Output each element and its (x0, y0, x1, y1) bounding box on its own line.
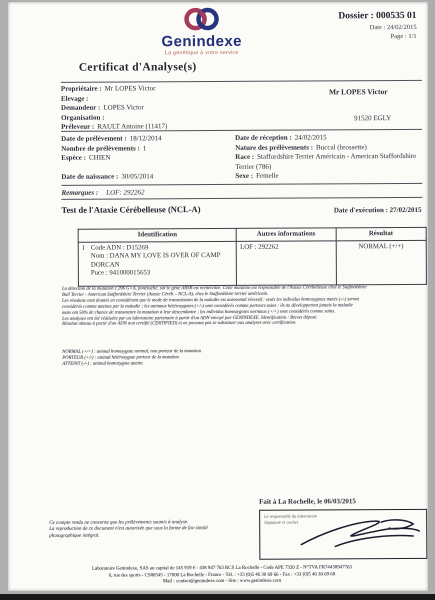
kennel-label: Elevage : (61, 94, 88, 102)
lab-footer: Laboratoire Genindexe, SAS au capital de… (34, 565, 409, 587)
header-identification: Identification (78, 228, 236, 242)
organisation-label: Organisation : (61, 113, 104, 121)
header-result: Résultat (336, 227, 427, 240)
test-name: Test de l'Ataxie Cérébelleuse (NCL-A) (62, 204, 201, 215)
requester-row: Demandeur :LOPES Victor (61, 103, 167, 113)
sex-label: Sexe : (235, 172, 253, 180)
page-number: Page : 1/1 (338, 33, 416, 40)
breed-row: Race :Staffordshire Terrier Américain - … (235, 152, 425, 172)
header-other-info: Autres informations (236, 228, 335, 242)
sampling-date-label: Date de prélèvement : (61, 134, 127, 142)
table-row: 1 Code ADN : D15269 Nom : DANA MY LOVE I… (78, 240, 426, 286)
species-value: CHIEN (89, 154, 110, 162)
remarks-value: LOF: 292262 (106, 188, 144, 196)
reception-date-label: Date de réception : (235, 134, 292, 142)
other-info-cell: LOF : 292262 (237, 241, 336, 286)
result-legend: NORMAL (+/+) : animal homozygote normal,… (62, 348, 422, 368)
genindexe-logo: Genindexe La génétique à votre service (134, 6, 268, 57)
owner-label: Propriétaire : (61, 85, 102, 93)
sample-nature-label: Nature des prélèvements : (235, 143, 313, 151)
divider (61, 183, 422, 186)
owner-value: Mr LOPES Victor (105, 84, 156, 92)
sex-value: Femelle (256, 172, 279, 180)
legend-line: ATTEINT (-/-) : animal homozygote attein… (62, 360, 422, 368)
reproduction-notice: Ce compte rendu ne concerne que les prél… (49, 520, 264, 540)
handwritten-signature (295, 512, 425, 558)
breed-value: Staffordshire Terrier Américain - Americ… (235, 152, 416, 171)
birthdate-value: 30/05/2014 (121, 172, 153, 180)
sample-right-column: Date de réception :24/02/2015 Nature des… (235, 133, 425, 182)
notice-line: photographique intégral. (49, 532, 264, 539)
sex-row: Sexe :Femelle (235, 171, 425, 182)
document-content: Genindexe La génétique à votre service D… (6, 1, 429, 592)
execution-date: Date d'exécution : 27/02/2015 (334, 206, 422, 214)
species-label: Espèce : (61, 154, 86, 162)
kennel-row: Elevage : (61, 94, 167, 104)
sample-left-column: Date de prélèvement :18/12/2014 Nombre d… (61, 134, 231, 182)
document-page: Genindexe La génétique à votre service D… (8, 2, 428, 591)
footer-line: Mail : contact@genindexe.com - Site : ww… (34, 578, 409, 587)
dossier-meta: Dossier : 000535 01 Date : 24/02/2015 Pa… (338, 11, 416, 40)
requester-label: Demandeur : (61, 104, 100, 112)
scan-edge-band (0, 594, 435, 600)
signature-box: Le responsable du laboratoireSignature e… (259, 509, 427, 560)
birthdate-label: Date de naissance : (61, 172, 118, 180)
owner-row: Propriétaire :Mr LOPES Victor (61, 84, 167, 94)
fine-print-paragraph: La détection de la mutation c.296 G>A, p… (62, 285, 422, 328)
page-title: Certificat d'Analyse(s) (79, 61, 197, 74)
sample-count-label: Nombre de prélèvements : (61, 144, 140, 152)
requester-value: LOPES Victor (103, 104, 144, 112)
remarks-row: Remarques :LOF: 292262 (61, 188, 144, 196)
results-table: Identification Autres informations Résul… (78, 227, 427, 287)
brand-tagline: La génétique à votre service (135, 50, 269, 57)
parties-block: Propriétaire :Mr LOPES Victor Elevage : … (61, 84, 167, 133)
signature-place-date: Fait à La Rochelle, le 06/03/2015 (259, 497, 356, 506)
result-cell: NORMAL (+/+) (336, 240, 427, 284)
remarks-label: Remarques : (61, 189, 98, 197)
species-row: Espèce :CHIEN (61, 153, 231, 163)
sample-nature-value: Buccal (brossette) (316, 143, 367, 151)
row-index: 1 (82, 244, 91, 278)
identification-cell: 1 Code ADN : D15269 Nom : DANA MY LOVE I… (78, 241, 237, 286)
divider (61, 197, 422, 200)
divider (61, 80, 422, 83)
birthdate-row: Date de naissance :30/05/2014 (61, 172, 231, 182)
sample-count-value: 1 (143, 144, 147, 152)
animal-name: Nom : DANA MY LOVE IS OVER OF CAMP DORCA… (91, 252, 233, 270)
chip-number: Puce : 941000015653 (91, 269, 233, 278)
reception-date-value: 24/02/2015 (295, 133, 327, 141)
scanned-certificate-page: { "brand_colors": { "navy": "#27357e", "… (0, 0, 435, 600)
logo-rings-icon (134, 6, 268, 35)
sampling-date-value: 18/12/2014 (130, 134, 162, 142)
brand-name: Genindexe (135, 34, 269, 50)
recipient-name: Mr LOPES Victor (329, 87, 388, 96)
fine-print-line: Résultat obtenu à partir d'un ADN non ce… (62, 320, 422, 328)
organisation-row: Organisation : (61, 113, 167, 123)
breed-label: Race : (235, 153, 254, 161)
recipient-city: 91520 EGLY (354, 114, 391, 122)
dossier-number: Dossier : 000535 01 (338, 11, 416, 21)
identification-lines: Code ADN : D15269 Nom : DANA MY LOVE IS … (91, 243, 234, 278)
dossier-date: Date : 24/02/2015 (338, 23, 416, 30)
